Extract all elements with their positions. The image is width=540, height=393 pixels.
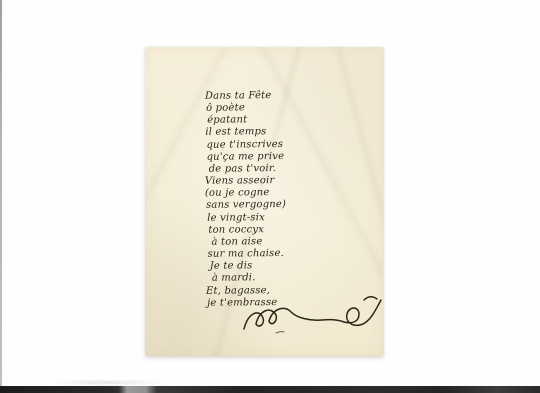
scan-smudge <box>48 380 168 385</box>
letter-paper: Dans ta Fête ô poète épatant il est temp… <box>145 47 383 356</box>
scan-bottom-edge-bar <box>0 386 540 393</box>
handwritten-poem: Dans ta Fête ô poète épatant il est temp… <box>204 89 356 309</box>
scan-background: Dans ta Fête ô poète épatant il est temp… <box>0 0 540 393</box>
signature-flourish <box>240 293 385 345</box>
scanner-left-edge-line <box>0 0 2 387</box>
